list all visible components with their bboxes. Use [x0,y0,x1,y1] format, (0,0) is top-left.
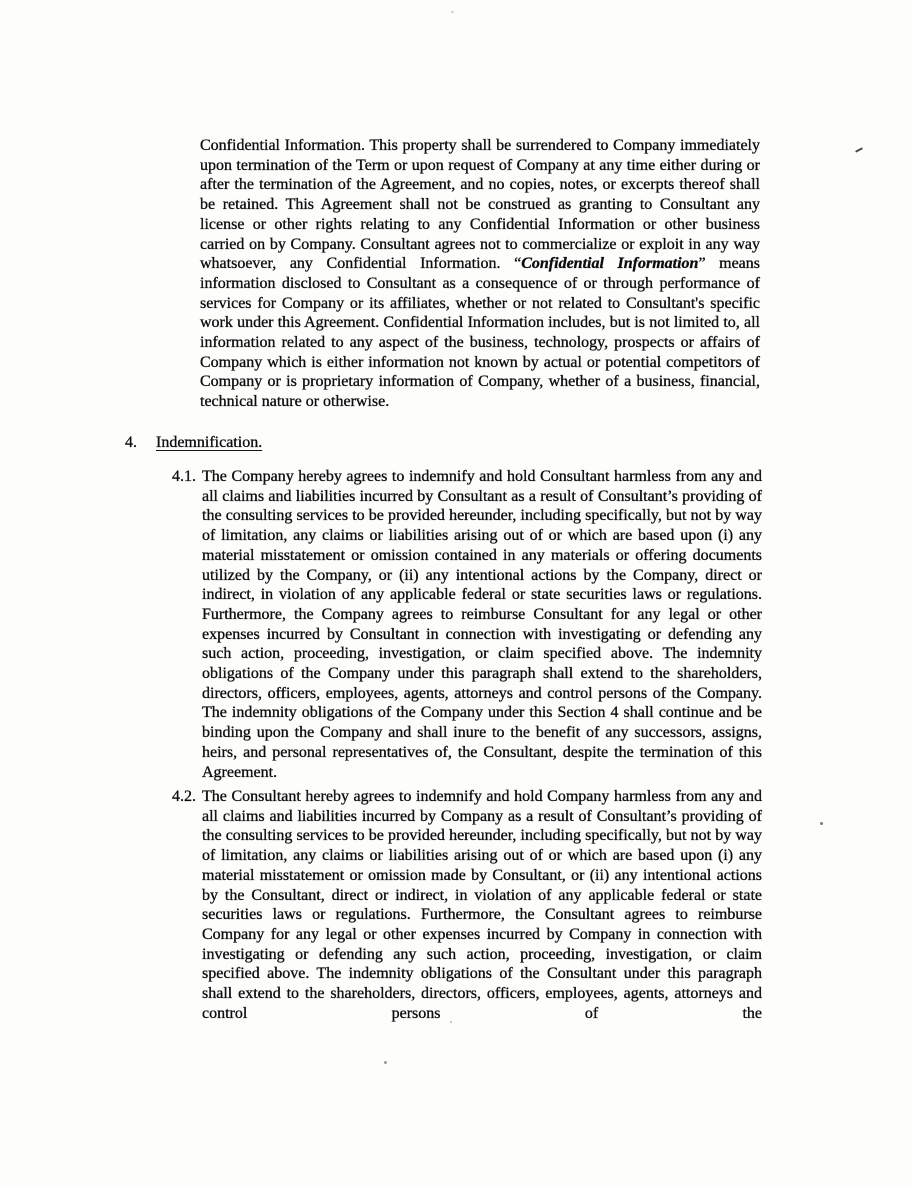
intro-text-after: ” means information disclosed to Consult… [200,255,760,410]
scan-artifact-tick [855,147,863,153]
section-4-heading: 4. Indemnification. [125,433,262,453]
subsection-4-1-number: 4.1. [172,467,202,782]
scan-artifact-speck [451,11,454,13]
confidential-information-term: Confidential Information [521,255,698,272]
scan-artifact-speck [450,1021,452,1023]
scan-artifact-speck [384,1061,387,1064]
scan-artifact-speck [820,822,823,825]
section-number: 4. [125,433,156,453]
subsection-4-2-text: The Consultant hereby agrees to indemnif… [202,787,762,1023]
subsection-4-2: 4.2. The Consultant hereby agrees to ind… [172,787,762,1023]
section-title: Indemnification. [156,433,262,453]
intro-text-before: Confidential Information. This property … [200,137,760,272]
confidential-information-paragraph: Confidential Information. This property … [200,136,760,412]
subsection-4-2-number: 4.2. [172,787,202,1023]
subsection-4-1: 4.1. The Company hereby agrees to indemn… [172,467,762,782]
subsection-4-1-text: The Company hereby agrees to indemnify a… [202,467,762,782]
document-page: Confidential Information. This property … [0,0,912,1186]
